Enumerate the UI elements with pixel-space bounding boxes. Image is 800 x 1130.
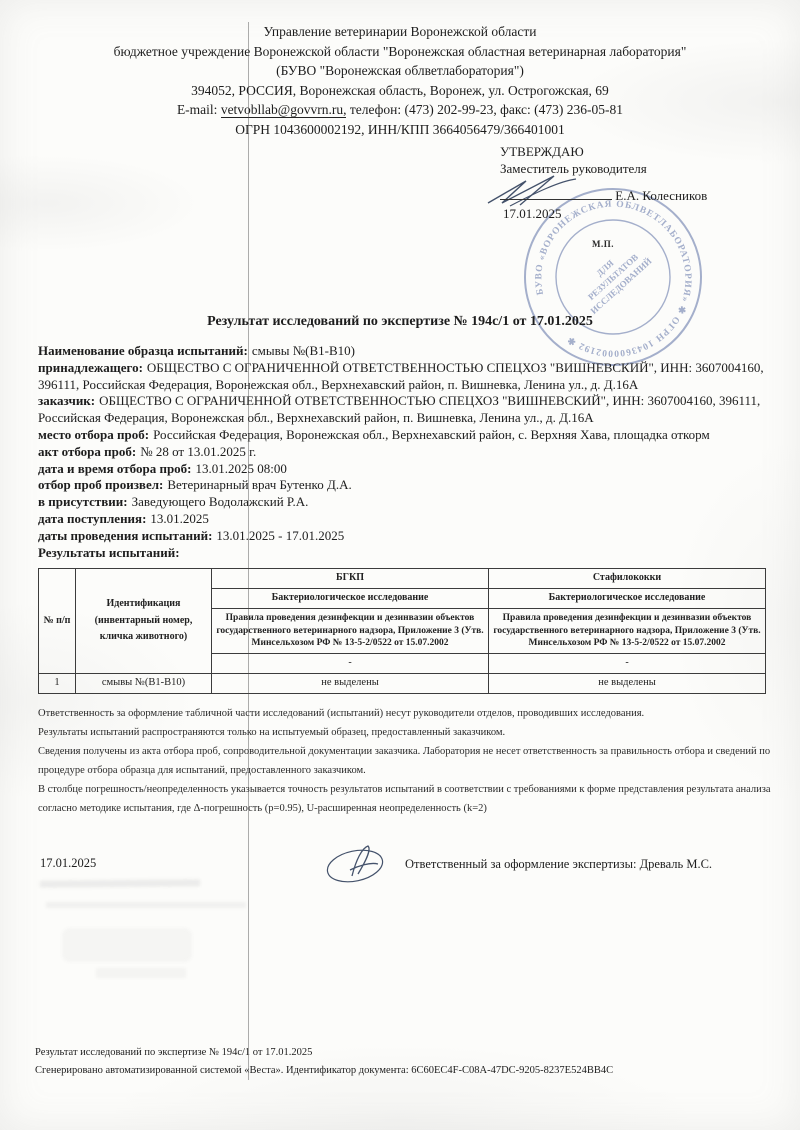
email-label: E-mail: xyxy=(177,102,218,117)
table-row: 1 смывы №(B1-B10) не выделены не выделен… xyxy=(39,673,766,693)
signoff-date: 17.01.2025 xyxy=(40,856,96,871)
norm-bgkp: - xyxy=(212,653,489,673)
letterhead-address: 394052, РОССИЯ, Воронежская область, Вор… xyxy=(0,81,800,101)
letterhead-contacts: E-mail: vetvobllab@govvrn.ru, телефон: (… xyxy=(0,100,800,120)
field-customer: заказчик:ОБЩЕСТВО С ОГРАНИЧЕННОЙ ОТВЕТСТ… xyxy=(38,393,771,427)
letterhead-short-name: (БУВО "Воронежская облветлаборатория") xyxy=(0,61,800,81)
row-number: 1 xyxy=(39,673,76,693)
method-bgkp: Правила проведения дезинфекции и дезинва… xyxy=(212,608,489,653)
col-header-bgkp: БГКП xyxy=(212,569,489,589)
field-sampled-by: отбор проб произвел:Ветеринарный врач Бу… xyxy=(38,477,771,494)
footnote-1: Ответственность за оформление табличной … xyxy=(38,704,773,723)
study-type-staph: Бактериологическое исследование xyxy=(489,589,766,609)
scan-artifact-smudge xyxy=(62,928,192,962)
col-header-staph: Стафилококки xyxy=(489,569,766,589)
method-staph: Правила проведения дезинфекции и дезинва… xyxy=(489,608,766,653)
study-type-bgkp: Бактериологическое исследование xyxy=(212,589,489,609)
field-receipt-date: дата поступления:13.01.2025 xyxy=(38,511,771,528)
scan-artifact-vertical-line xyxy=(248,22,249,1080)
field-sampling-datetime: дата и время отбора проб:13.01.2025 08:0… xyxy=(38,461,771,478)
responsible-signature-icon xyxy=(322,840,394,888)
field-sampling-place: место отбора проб:Российская Федерация, … xyxy=(38,427,771,444)
approval-block: УТВЕРЖДАЮ Заместитель руководителя Е.А. … xyxy=(500,143,647,177)
col-header-number: № п/п xyxy=(39,569,76,673)
approver-name: Е.А. Колесников xyxy=(615,188,707,203)
letterhead-institution: бюджетное учреждение Воронежской области… xyxy=(0,42,800,62)
letterhead-department: Управление ветеринарии Воронежской облас… xyxy=(0,22,800,42)
document-footer: Результат исследований по экспертизе № 1… xyxy=(35,1044,613,1079)
row-sample-id: смывы №(B1-B10) xyxy=(76,673,212,693)
document-title: Результат исследований по экспертизе № 1… xyxy=(0,314,800,330)
approve-word: УТВЕРЖДАЮ xyxy=(500,143,647,160)
scan-artifact-smudge xyxy=(46,902,246,908)
scan-artifact-smudge xyxy=(96,968,186,978)
stamp-place-label: М.П. xyxy=(592,239,614,249)
field-sampling-act: акт отбора проб:№ 28 от 13.01.2025 г. xyxy=(38,444,771,461)
footer-generated-id: Сгенерировано автоматизированной системо… xyxy=(35,1062,613,1080)
field-test-dates: даты проведения испытаний:13.01.2025 - 1… xyxy=(38,528,771,545)
letterhead: Управление ветеринарии Воронежской облас… xyxy=(0,22,800,139)
letterhead-ogrn-inn: ОГРН 1043600002192, ИНН/КПП 3664056479/3… xyxy=(0,120,800,140)
footer-expertise-ref: Результат исследований по экспертизе № 1… xyxy=(35,1044,613,1062)
document-body: Наименование образца испытаний:смывы №(B… xyxy=(38,343,771,818)
field-owner: принадлежащего:ОБЩЕСТВО С ОГРАНИЧЕННОЙ О… xyxy=(38,360,771,394)
signature-underline xyxy=(500,187,612,200)
approval-date: 17.01.2025 xyxy=(503,205,562,222)
row-result-staph: не выделены xyxy=(489,673,766,693)
footnote-4: В столбце погрешность/неопределенность у… xyxy=(38,780,773,818)
results-table: № п/п Идентификация (инвентарный номер, … xyxy=(38,568,766,693)
scan-artifact-smudge xyxy=(40,879,200,887)
field-witness: в присутствии:Заведующего Водолажский Р.… xyxy=(38,494,771,511)
footnote-2: Результаты испытаний распространяются то… xyxy=(38,723,773,742)
responsible-person: Ответственный за оформление экспертизы: … xyxy=(405,857,712,872)
footnotes: Ответственность за оформление табличной … xyxy=(38,704,773,818)
phone-fax: телефон: (473) 202-99-23, факс: (473) 23… xyxy=(350,102,623,117)
row-result-bgkp: не выделены xyxy=(212,673,489,693)
email-link: vetvobllab@govvrn.ru, xyxy=(221,102,347,118)
results-heading: Результаты испытаний: xyxy=(38,545,771,562)
field-sample-name: Наименование образца испытаний:смывы №(B… xyxy=(38,343,771,360)
scanned-document-page: Управление ветеринарии Воронежской облас… xyxy=(0,0,800,1130)
norm-staph: - xyxy=(489,653,766,673)
signature-line: Е.А. Колесников xyxy=(500,187,707,204)
col-header-identification: Идентификация (инвентарный номер, кличка… xyxy=(76,569,212,673)
footnote-3: Сведения получены из акта отбора проб, с… xyxy=(38,742,773,780)
